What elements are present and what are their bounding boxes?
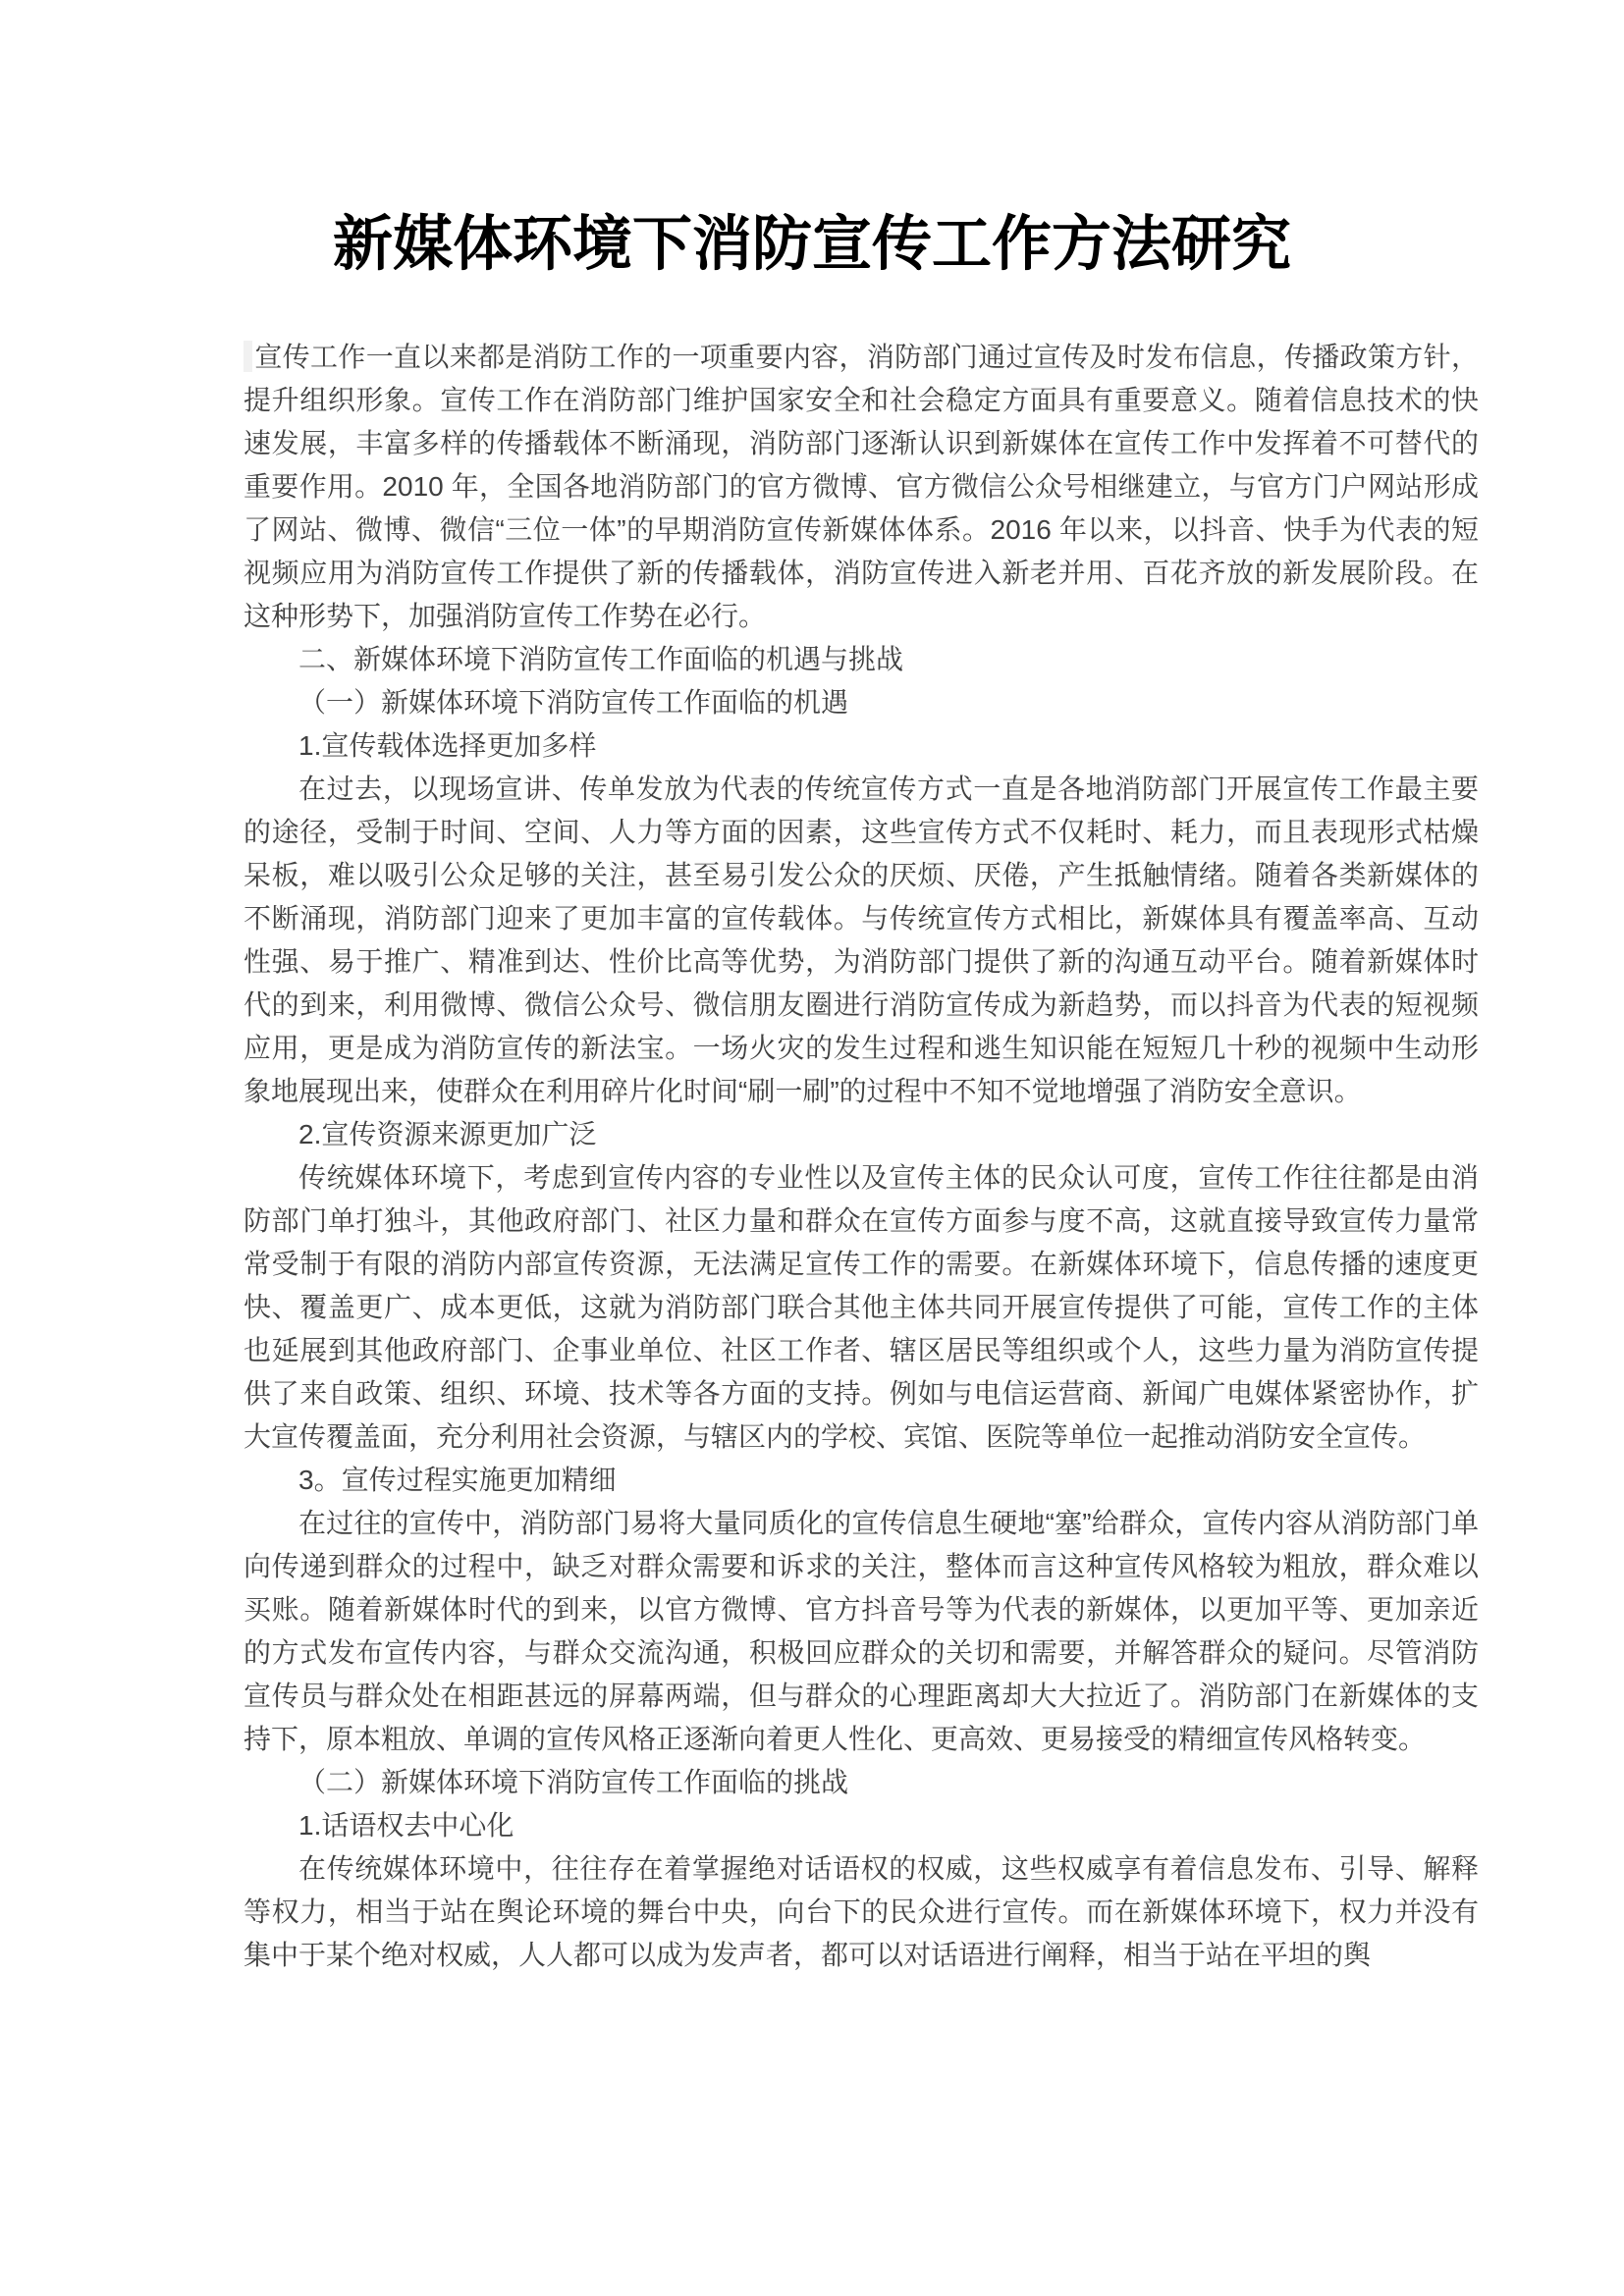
section-heading: （二）新媒体环境下消防宣传工作面临的挑战: [244, 1761, 1479, 1804]
document-body: 宣传工作一直以来都是消防工作的一项重要内容，消防部门通过宣传及时发布信息，传播政…: [244, 336, 1479, 1977]
section-heading: 1.话语权去中心化: [244, 1804, 1479, 1847]
body-paragraph: 在传统媒体环境中，往往存在着掌握绝对话语权的权威，这些权威享有着信息发布、引导、…: [244, 1847, 1479, 1977]
document-page: 新媒体环境下消防宣传工作方法研究 宣传工作一直以来都是消防工作的一项重要内容，消…: [0, 0, 1624, 2296]
section-heading: （一）新媒体环境下消防宣传工作面临的机遇: [244, 681, 1479, 724]
section-heading: 2.宣传资源来源更加广泛: [244, 1113, 1479, 1156]
body-paragraph: 传统媒体环境下，考虑到宣传内容的专业性以及宣传主体的民众认可度，宣传工作往往都是…: [244, 1156, 1479, 1459]
highlighted-space: [244, 341, 252, 372]
document-title: 新媒体环境下消防宣传工作方法研究: [0, 206, 1624, 281]
section-heading: 二、新媒体环境下消防宣传工作面临的机遇与挑战: [244, 638, 1479, 681]
body-paragraph: 在过往的宣传中，消防部门易将大量同质化的宣传信息生硬地“塞”给群众，宣传内容从消…: [244, 1502, 1479, 1761]
section-heading: 1.宣传载体选择更加多样: [244, 724, 1479, 768]
body-paragraph: 在过去，以现场宣讲、传单发放为代表的传统宣传方式一直是各地消防部门开展宣传工作最…: [244, 768, 1479, 1113]
section-heading: 3。宣传过程实施更加精细: [244, 1459, 1479, 1502]
intro-paragraph: 宣传工作一直以来都是消防工作的一项重要内容，消防部门通过宣传及时发布信息，传播政…: [244, 336, 1479, 638]
